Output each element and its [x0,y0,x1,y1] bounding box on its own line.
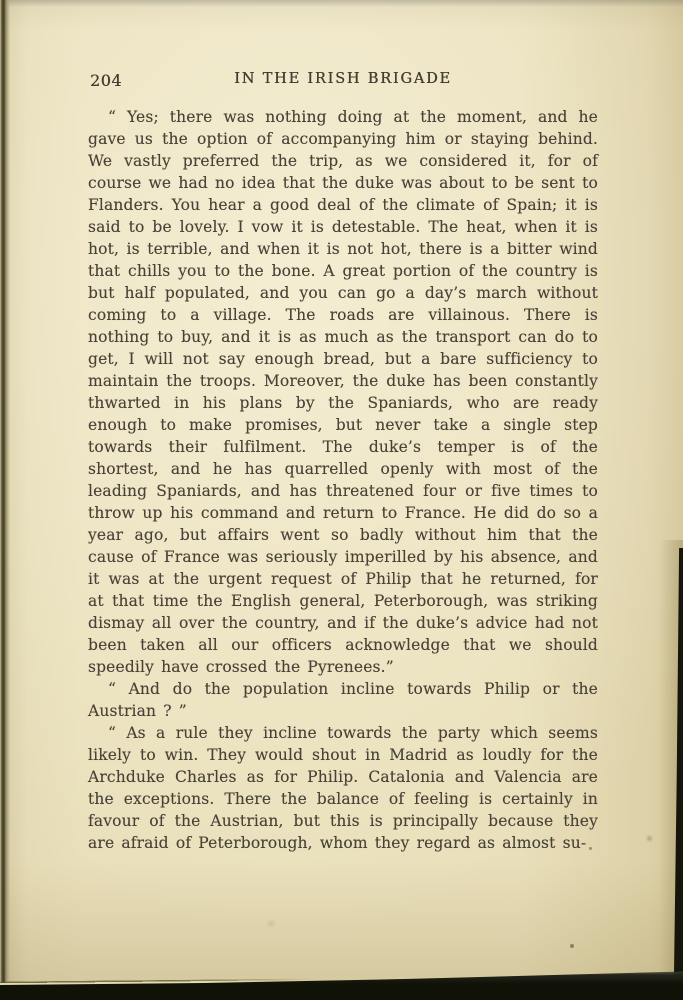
body-text: “ Yes; there was nothing doing at the mo… [88,106,598,854]
book-page-scan: 204 IN THE IRISH BRIGADE “ Yes; there wa… [0,0,683,1000]
paragraph: “ Yes; there was nothing doing at the mo… [88,106,598,678]
paragraph: “ And do the population incline towards … [88,678,598,722]
running-head: IN THE IRISH BRIGADE [88,71,598,87]
scan-edge-top [0,0,683,7]
page-edge-left [0,0,10,988]
page-header: 204 IN THE IRISH BRIGADE [88,71,598,93]
scan-speck [570,944,574,948]
paragraph: “ As a rule they incline towards the par… [88,722,598,854]
scan-speck [268,921,274,926]
scan-speck [647,836,652,841]
scan-speck [589,847,592,850]
page-number: 204 [90,71,122,90]
